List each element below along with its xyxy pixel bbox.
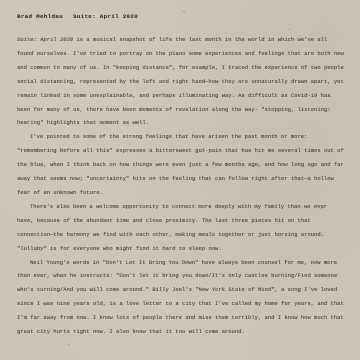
paragraph-family: There's also been a welcome opportunity … <box>17 200 345 256</box>
paragraph-intro-text: is a musical snapshot of life the last m… <box>17 36 344 126</box>
work-title-italic: Suite: April 2020 <box>17 36 73 43</box>
paragraph-feelings: I've pointed to some of the strong feeli… <box>17 130 345 200</box>
paragraph-intro: Suite: April 2020 is a musical snapshot … <box>17 33 345 130</box>
liner-notes-page: Brad MehldauSuite: April 2020 Suite: Apr… <box>0 0 360 360</box>
author-name: Brad Mehldau <box>17 13 63 20</box>
document-body: Suite: April 2020 is a musical snapshot … <box>17 33 345 339</box>
paper-speck <box>289 29 291 30</box>
document-header: Brad MehldauSuite: April 2020 <box>17 12 345 22</box>
paper-speck <box>68 344 70 345</box>
document-title: Suite: April 2020 <box>73 13 138 20</box>
paragraph-songs: Neil Young's words in "Don't Let It Brin… <box>17 256 345 339</box>
